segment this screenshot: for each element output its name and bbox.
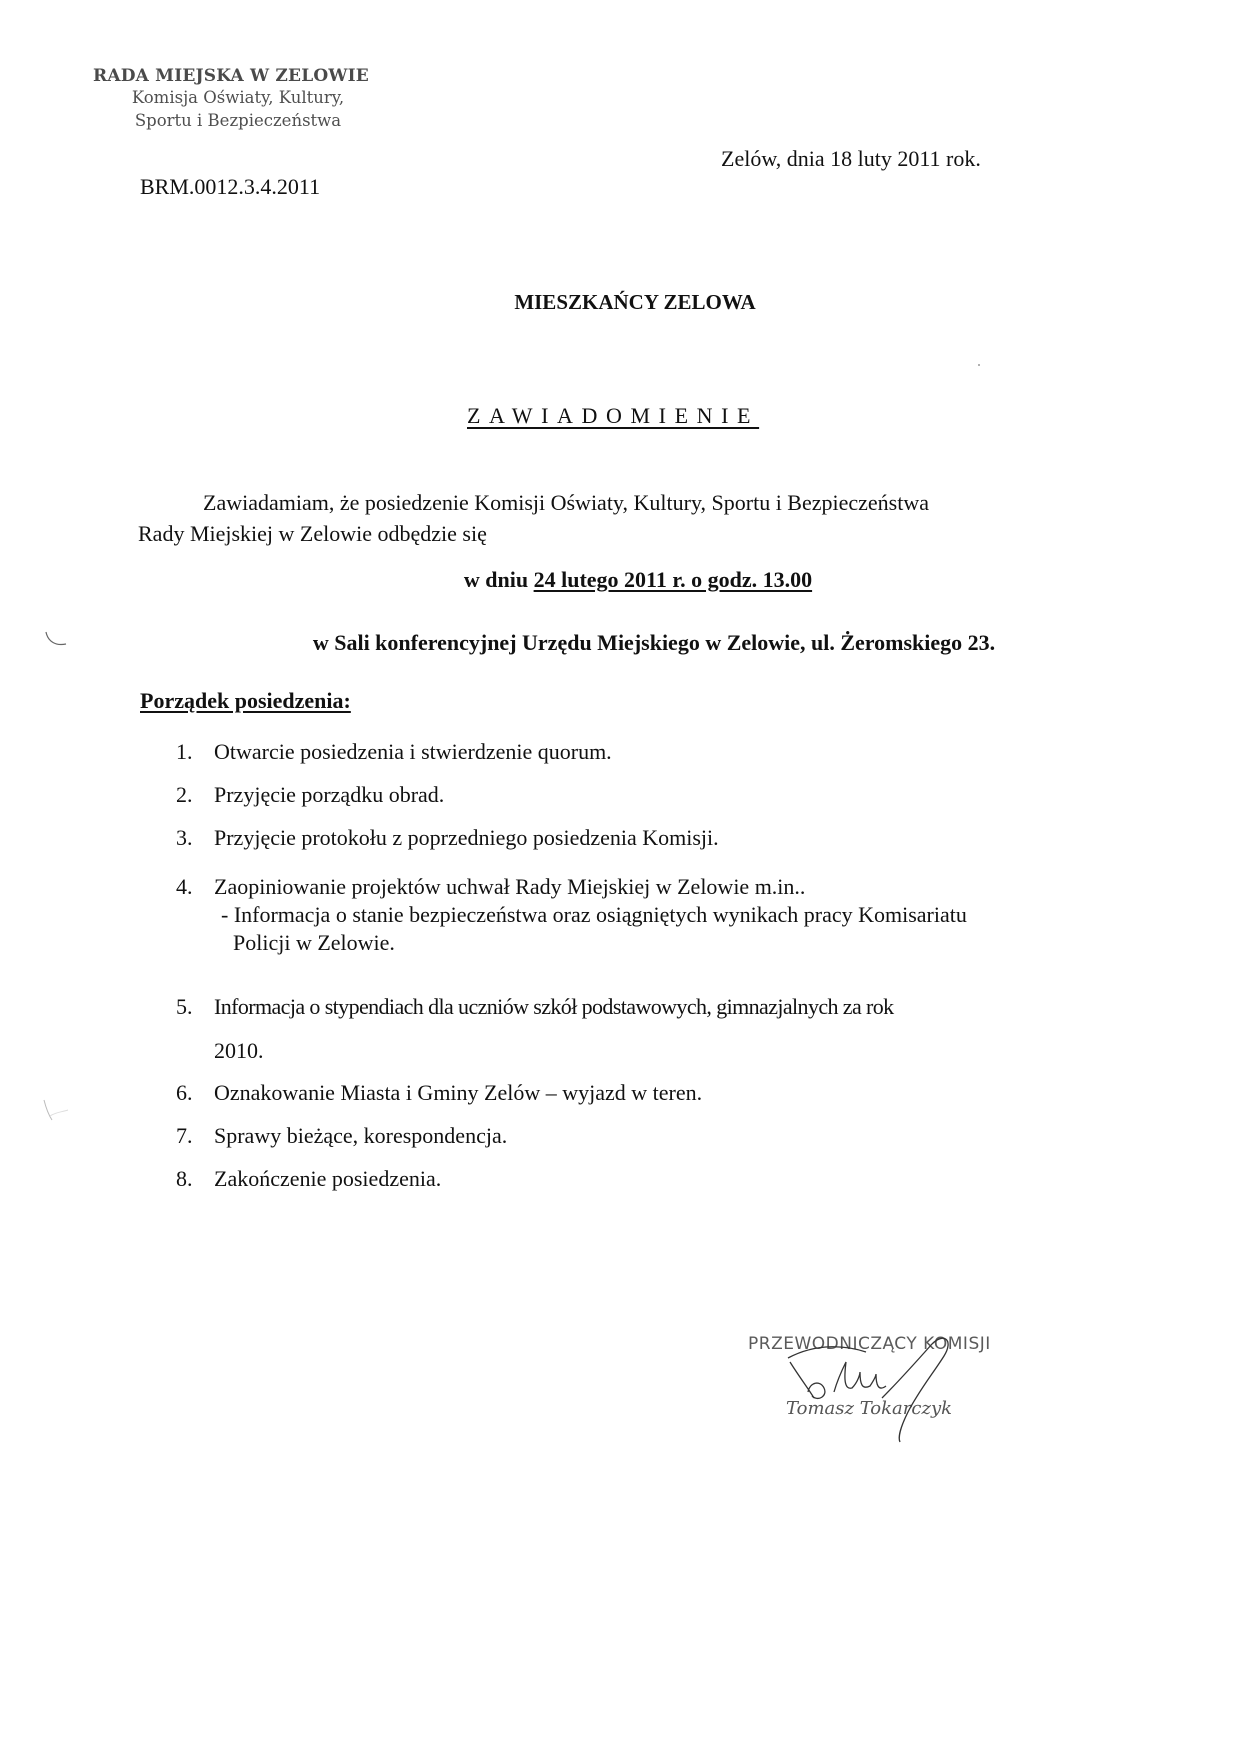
agenda-item-number: 1. xyxy=(176,736,214,767)
meeting-date-time: w dniu 24 lutego 2011 r. o godz. 13.00 xyxy=(0,567,1240,593)
agenda-item: 1.Otwarcie posiedzenia i stwierdzenie qu… xyxy=(176,736,612,767)
agenda-subitem: - Informacja o stanie bezpieczeństwa ora… xyxy=(176,901,967,929)
department-line-1: Komisja Oświaty, Kultury, xyxy=(88,86,388,109)
department-line-2: Sportu i Bezpieczeństwa xyxy=(88,109,388,132)
agenda-item: 3.Przyjęcie protokołu z poprzedniego pos… xyxy=(176,822,719,853)
agenda-heading: Porządek posiedzenia: xyxy=(140,688,351,714)
meeting-date-value: 24 lutego 2011 r. o godz. 13.00 xyxy=(534,567,812,592)
reference-number: BRM.0012.3.4.2011 xyxy=(140,174,320,200)
agenda-item-text: Przyjęcie protokołu z poprzedniego posie… xyxy=(214,825,719,850)
agenda-item-continuation: 2010. xyxy=(176,1029,894,1073)
agenda-item-text: Oznakowanie Miasta i Gminy Zelów – wyjaz… xyxy=(214,1080,702,1105)
document-date: Zelów, dnia 18 luty 2011 rok. xyxy=(721,146,981,172)
addressee: MIESZKAŃCY ZELOWA xyxy=(0,290,1240,315)
agenda-item-text: Informacja o stypendiach dla uczniów szk… xyxy=(214,994,894,1019)
intro-line-1: Zawiadamiam, że posiedzenie Komisji Oświ… xyxy=(138,487,1068,518)
meeting-location: w Sali konferencyjnej Urzędu Miejskiego … xyxy=(0,630,1240,656)
scan-mark-icon xyxy=(34,628,74,652)
intro-line-2: Rady Miejskiej w Zelowie odbędzie się xyxy=(138,518,1068,549)
meeting-date-prefix: w dniu xyxy=(464,567,534,592)
agenda-item: 2.Przyjęcie porządku obrad. xyxy=(176,779,444,810)
agenda-item: 8.Zakończenie posiedzenia. xyxy=(176,1163,441,1194)
handwritten-signature-icon xyxy=(748,1322,1048,1452)
agenda-item-text: Przyjęcie porządku obrad. xyxy=(214,782,444,807)
agenda-subitem-continuation: Policji w Zelowie. xyxy=(176,929,967,957)
agenda-item: 7.Sprawy bieżące, korespondencja. xyxy=(176,1120,507,1151)
agenda-item-number: 3. xyxy=(176,822,214,853)
agenda-item-number: 4. xyxy=(176,873,214,901)
organization-name: RADA MIEJSKA W ZELOWIE xyxy=(74,66,388,86)
agenda-item-number: 7. xyxy=(176,1120,214,1151)
agenda-item-number: 5. xyxy=(176,985,214,1029)
agenda-item-number: 2. xyxy=(176,779,214,810)
agenda-item-number: 8. xyxy=(176,1163,214,1194)
agenda-item-number: 6. xyxy=(176,1077,214,1108)
agenda-item: 4.Zaopiniowanie projektów uchwał Rady Mi… xyxy=(176,873,967,957)
agenda-item-text: Sprawy bieżące, korespondencja. xyxy=(214,1123,507,1148)
agenda-item-text: Zaopiniowanie projektów uchwał Rady Miej… xyxy=(214,874,805,899)
scan-mark-icon xyxy=(40,1094,80,1134)
agenda-item-text: Zakończenie posiedzenia. xyxy=(214,1166,441,1191)
signature-block: PRZEWODNICZĄCY KOMISJI Tomasz Tokarczyk xyxy=(748,1334,1048,1444)
document-title: ZAWIADOMIENIE xyxy=(467,403,759,429)
scan-speck xyxy=(978,364,980,366)
agenda-item: 6.Oznakowanie Miasta i Gminy Zelów – wyj… xyxy=(176,1077,702,1108)
institution-stamp: RADA MIEJSKA W ZELOWIE Komisja Oświaty, … xyxy=(88,66,388,132)
agenda-item-text: Otwarcie posiedzenia i stwierdzenie quor… xyxy=(214,739,612,764)
intro-paragraph: Zawiadamiam, że posiedzenie Komisji Oświ… xyxy=(138,487,1068,549)
agenda-item: 5.Informacja o stypendiach dla uczniów s… xyxy=(176,985,894,1073)
agenda-list: 1.Otwarcie posiedzenia i stwierdzenie qu… xyxy=(0,0,1240,1754)
